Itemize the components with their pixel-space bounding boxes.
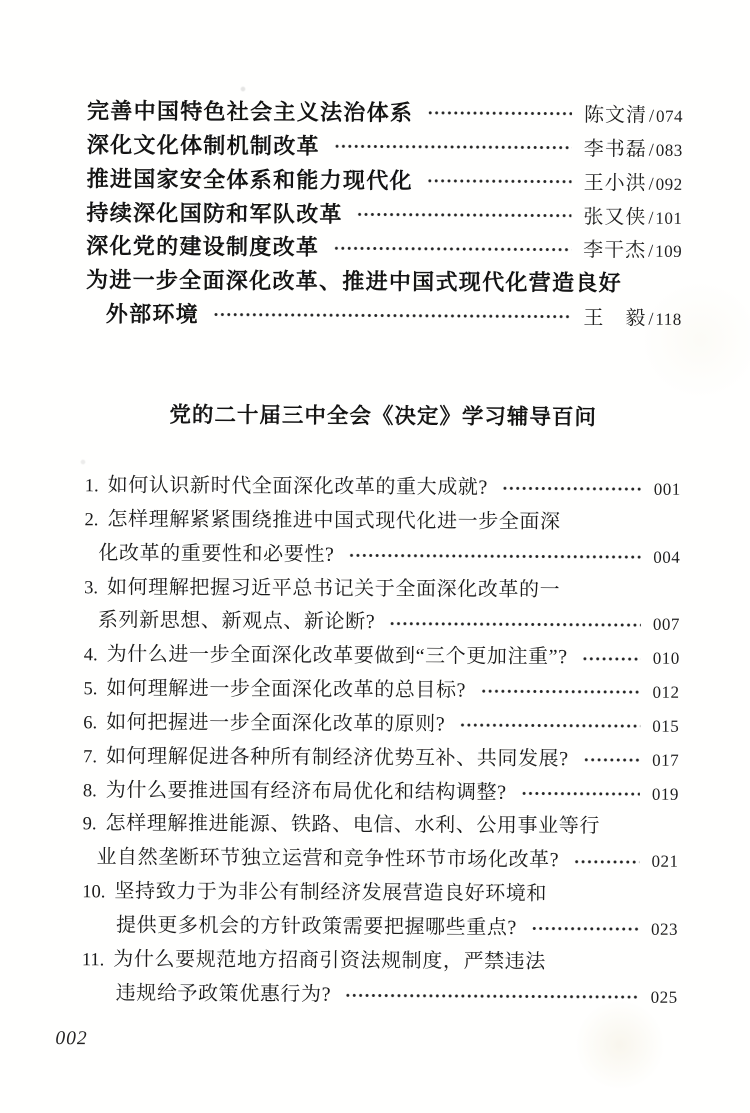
- dot-leader: [389, 619, 641, 630]
- entry-author: 李干杰: [583, 235, 646, 267]
- entry-author: 张又侠: [583, 201, 646, 233]
- question-text-line1: 坚持致力于为非公有制经济发展营造良好环境和: [114, 876, 547, 912]
- dot-leader: [333, 244, 571, 254]
- entry-reference: 李干杰 / 109: [583, 235, 682, 267]
- entry-title: 推进国家安全体系和能力现代化: [87, 162, 413, 198]
- question-page-number: 012: [652, 676, 679, 710]
- question-entry-line2: 系列新思想、新观点、新论断? 007: [84, 605, 680, 642]
- entry-reference: 王小洪 / 092: [584, 167, 683, 199]
- question-entry-line2: 提供更多机会的方针政策需要把握哪些重点? 023: [82, 909, 678, 946]
- question-text-line2: 违规给予政策优惠行为?: [116, 977, 332, 1012]
- question-page-number: 017: [652, 743, 679, 777]
- question-entry: 7. 如何理解促进各种所有制经济优势互补、共同发展? 017: [83, 740, 679, 777]
- question-page-number: 007: [653, 608, 680, 642]
- page-folio: 002: [55, 1028, 87, 1050]
- slash-separator: /: [649, 100, 654, 132]
- toc-entry: 持续深化国防和军队改革 张又侠 / 101: [86, 196, 682, 233]
- question-number: 5.: [83, 673, 97, 707]
- entry-title: 持续深化国防和军队改革: [86, 196, 343, 231]
- entry-page-number: 074: [656, 100, 683, 132]
- question-entry: 4. 为什么进一步全面深化改革要做到“三个更加注重”? 010: [84, 638, 680, 675]
- question-text-line1: 如何理解把握习近平总书记关于全面深化改革的一: [107, 571, 560, 608]
- entry-reference: 李书磊 / 083: [584, 133, 683, 165]
- question-page-number: 025: [651, 980, 678, 1014]
- dot-leader: [583, 755, 640, 764]
- entry-page-number: 109: [655, 235, 682, 267]
- entry-title: 完善中国特色社会主义法治体系: [87, 94, 413, 130]
- slash-separator: /: [648, 167, 653, 199]
- entry-reference: 陈文清 / 074: [584, 99, 683, 131]
- question-number: 3.: [84, 572, 98, 606]
- dot-leader: [582, 654, 641, 663]
- question-text: 为什么进一步全面深化改革要做到“三个更加注重”?: [107, 639, 568, 676]
- entry-author: 李书磊: [584, 133, 647, 165]
- question-number: 8.: [83, 775, 97, 809]
- entry-author: 王 毅: [583, 302, 646, 334]
- question-number: 7.: [83, 741, 97, 775]
- question-page-number: 004: [653, 540, 680, 574]
- toc-part1-list: 完善中国特色社会主义法治体系 陈文清 / 074 深化文化体制机制改革 李书磊 …: [86, 94, 683, 335]
- question-text: 如何认识新时代全面深化改革的重大成就?: [108, 469, 488, 505]
- slash-separator: /: [649, 134, 654, 166]
- question-page-number: 001: [654, 473, 681, 507]
- entry-page-number: 083: [656, 134, 683, 166]
- question-number: 2.: [84, 504, 98, 538]
- question-page-number: 021: [651, 845, 678, 879]
- question-page-number: 019: [652, 777, 679, 811]
- question-text: 如何理解促进各种所有制经济优势互补、共同发展?: [106, 740, 569, 777]
- entry-title: 深化党的建设制度改革: [86, 230, 319, 265]
- slash-separator: /: [648, 201, 653, 233]
- question-entry: 1. 如何认识新时代全面深化改革的重大成就? 001: [85, 469, 681, 506]
- entry-reference: 王 毅 / 118: [583, 302, 682, 334]
- toc-question-list: 1. 如何认识新时代全面深化改革的重大成就? 001 2. 怎样理解紧紧围绕推进…: [82, 469, 681, 1014]
- question-entry: 5. 如何理解进一步全面深化改革的总目标? 012: [83, 672, 679, 709]
- toc-entry-wrap-line1: 为进一步全面深化改革、推进中国式现代化营造良好: [86, 263, 682, 300]
- dot-leader: [357, 210, 572, 220]
- entry-page-number: 118: [655, 303, 682, 335]
- question-entry-line1: 9. 怎样理解推进能源、铁路、电信、水利、公用事业等行: [83, 808, 679, 845]
- question-entry-line1: 11. 为什么要规范地方招商引资法规制度，严禁违法: [82, 943, 678, 980]
- dot-leader: [480, 687, 640, 697]
- question-entry-line2: 业自然垄断环节独立运营和竞争性环节市场化改革? 021: [82, 841, 678, 878]
- question-text: 如何理解进一步全面深化改革的总目标?: [106, 672, 466, 708]
- entry-author: 陈文清: [584, 99, 647, 131]
- slash-separator: /: [648, 303, 653, 335]
- question-entry: 8. 为什么要推进国有经济布局优化和结构调整? 019: [83, 774, 679, 811]
- toc-entry: 完善中国特色社会主义法治体系 陈文清 / 074: [87, 94, 683, 131]
- dot-leader: [531, 924, 639, 934]
- question-text-line2: 系列新思想、新观点、新论断?: [98, 605, 375, 641]
- dot-leader: [502, 484, 642, 494]
- toc-entry-wrap-line2: 外部环境 王 毅 / 118: [86, 297, 682, 334]
- dot-leader: [348, 551, 641, 562]
- book-toc-page: 完善中国特色社会主义法治体系 陈文清 / 074 深化文化体制机制改革 李书磊 …: [0, 0, 750, 1113]
- question-text-line1: 怎样理解推进能源、铁路、电信、水利、公用事业等行: [105, 808, 600, 845]
- question-entry-line2: 化改革的重要性和必要性? 004: [84, 537, 680, 574]
- question-number: 11.: [82, 944, 105, 978]
- question-text: 为什么要推进国有经济布局优化和结构调整?: [106, 774, 507, 810]
- question-entry-line2: 违规给予政策优惠行为? 025: [82, 977, 678, 1014]
- dot-leader: [573, 857, 639, 866]
- section-heading: 党的二十届三中全会《决定》学习辅导百问: [85, 399, 681, 433]
- toc-entry: 深化党的建设制度改革 李干杰 / 109: [86, 230, 682, 267]
- question-text-line1: 怎样理解紧紧围绕推进中国式现代化进一步全面深: [107, 503, 560, 540]
- toc-entry: 推进国家安全体系和能力现代化 王小洪 / 092: [87, 162, 683, 199]
- dot-leader: [521, 789, 640, 799]
- scanned-sheet: 完善中国特色社会主义法治体系 陈文清 / 074 深化文化体制机制改革 李书磊 …: [0, 0, 750, 1113]
- question-page-number: 010: [653, 642, 680, 676]
- question-page-number: 015: [652, 710, 679, 744]
- question-text-line1: 为什么要规范地方招商引资法规制度，严禁违法: [113, 943, 546, 979]
- question-page-number: 023: [651, 913, 678, 947]
- dot-leader: [427, 176, 572, 186]
- question-number: 1.: [85, 470, 99, 504]
- dot-leader: [334, 142, 572, 152]
- entry-reference: 张又侠 / 101: [583, 201, 682, 233]
- question-entry-line1: 10. 坚持致力于为非公有制经济发展营造良好环境和: [82, 875, 678, 912]
- entry-title-line1: 为进一步全面深化改革、推进中国式现代化营造良好: [86, 263, 622, 300]
- entry-page-number: 092: [656, 167, 683, 199]
- question-number: 9.: [83, 809, 97, 843]
- dot-leader: [459, 721, 640, 731]
- question-number: 10.: [82, 876, 105, 910]
- question-text-line2: 业自然垄断环节独立运营和竞争性环节市场化改革?: [96, 842, 559, 879]
- question-number: 6.: [83, 707, 97, 741]
- toc-entry: 深化文化体制机制改革 李书磊 / 083: [87, 128, 683, 165]
- entry-author: 王小洪: [584, 167, 647, 199]
- entry-page-number: 101: [655, 201, 682, 233]
- question-entry-line1: 2. 怎样理解紧紧围绕推进中国式现代化进一步全面深: [84, 503, 680, 540]
- dot-leader: [213, 310, 571, 321]
- slash-separator: /: [648, 235, 653, 267]
- question-text-line2: 提供更多机会的方针政策需要把握哪些重点?: [116, 909, 517, 945]
- entry-title-line2: 外部环境: [106, 297, 199, 331]
- entry-title: 深化文化体制机制改革: [87, 128, 320, 163]
- question-number: 4.: [84, 639, 98, 673]
- question-text: 如何把握进一步全面深化改革的原则?: [106, 706, 445, 742]
- question-text-line2: 化改革的重要性和必要性?: [98, 537, 334, 572]
- question-entry: 6. 如何把握进一步全面深化改革的原则? 015: [83, 706, 679, 743]
- dot-leader: [345, 991, 639, 1002]
- dot-leader: [427, 109, 572, 119]
- question-entry-line1: 3. 如何理解把握习近平总书记关于全面深化改革的一: [84, 571, 680, 608]
